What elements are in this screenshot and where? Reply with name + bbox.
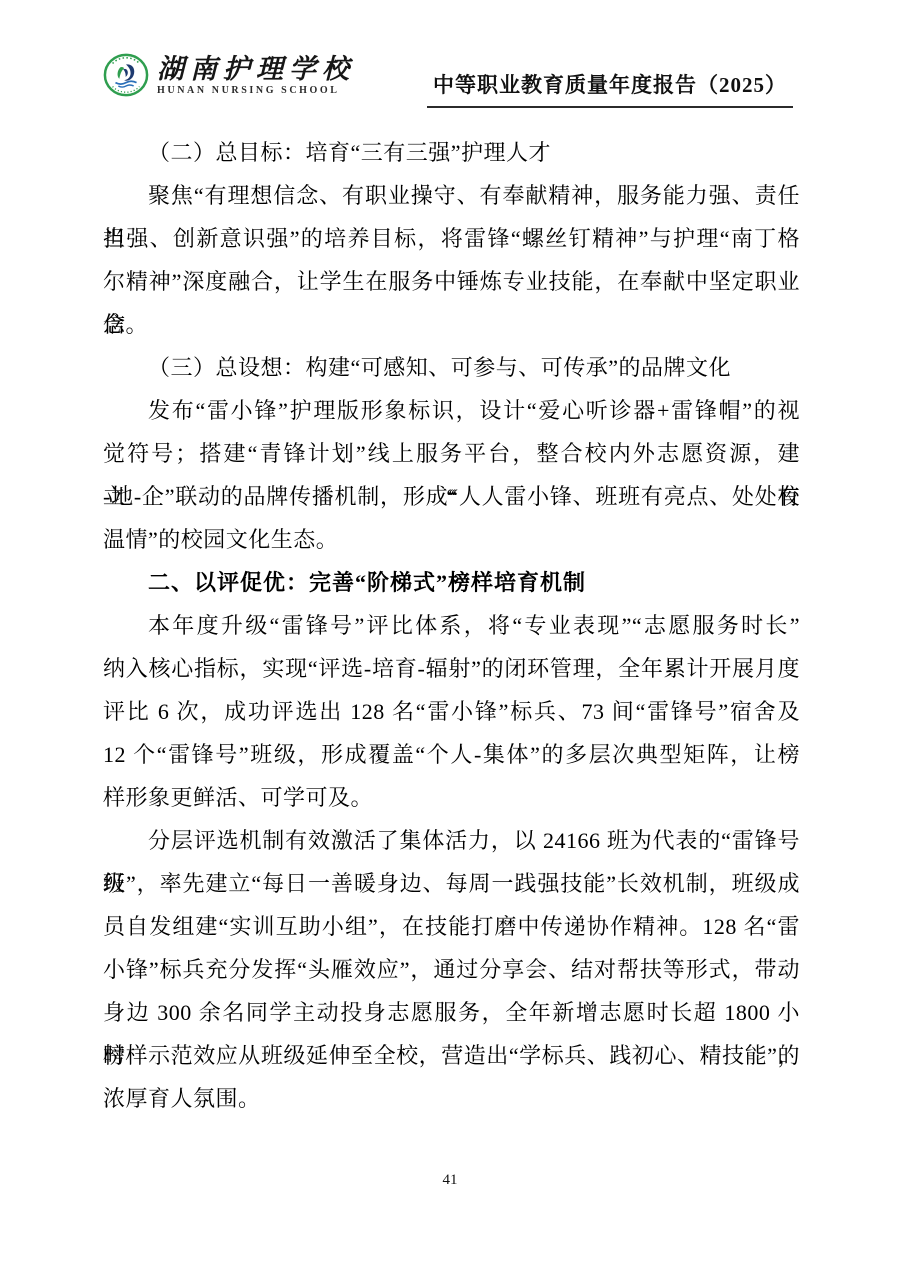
text-line: 温情”的校园文化生态。 bbox=[103, 518, 800, 561]
text-line: 浓厚育人氛围。 bbox=[103, 1077, 800, 1120]
report-title: 中等职业教育质量年度报告（2025） bbox=[427, 69, 793, 108]
text-line: -地-企”联动的品牌传播机制，形成“人人雷小锋、班班有亮点、处处有 bbox=[103, 475, 800, 518]
text-line: 分层评选机制有效激活了集体活力，以 24166 班为代表的“雷锋号班 bbox=[103, 819, 800, 862]
text-line: 样形象更鲜活、可学可及。 bbox=[103, 776, 800, 819]
text-line: （三）总设想：构建“可感知、可参与、可传承”的品牌文化 bbox=[103, 346, 800, 389]
page-header: 湖南护理学校 HUNAN NURSING SCHOOL 中等职业教育质量年度报告… bbox=[103, 50, 793, 108]
text-line: 12 个“雷锋号”班级，形成覆盖“个人-集体”的多层次典型矩阵，让榜 bbox=[103, 733, 800, 776]
text-line: 级”，率先建立“每日一善暖身边、每周一践强技能”长效机制，班级成 bbox=[103, 862, 800, 905]
text-line: 念。 bbox=[103, 303, 800, 346]
document-page: 湖南护理学校 HUNAN NURSING SCHOOL 中等职业教育质量年度报告… bbox=[0, 0, 900, 1272]
text-line: 榜样示范效应从班级延伸至全校，营造出“学标兵、践初心、精技能”的 bbox=[103, 1034, 800, 1077]
text-line: 员自发组建“实训互助小组”，在技能打磨中传递协作精神。128 名“雷 bbox=[103, 905, 800, 948]
text-line: 聚焦“有理想信念、有职业操守、有奉献精神，服务能力强、责任担 bbox=[103, 174, 800, 217]
text-line: 尔精神”深度融合，让学生在服务中锤炼专业技能，在奉献中坚定职业信 bbox=[103, 260, 800, 303]
document-lines: （二）总目标：培育“三有三强”护理人才聚焦“有理想信念、有职业操守、有奉献精神，… bbox=[103, 131, 800, 1120]
text-line: 本年度升级“雷锋号”评比体系，将“专业表现”“志愿服务时长” bbox=[103, 604, 800, 647]
school-name-cn: 湖南护理学校 bbox=[157, 55, 355, 83]
school-name-block: 湖南护理学校 HUNAN NURSING SCHOOL bbox=[157, 55, 355, 96]
text-line: 发布“雷小锋”护理版形象标识，设计“爱心听诊器+雷锋帽”的视 bbox=[103, 389, 800, 432]
text-line: 小锋”标兵充分发挥“头雁效应”，通过分享会、结对帮扶等形式，带动 bbox=[103, 948, 800, 991]
text-line: （二）总目标：培育“三有三强”护理人才 bbox=[103, 131, 800, 174]
section-heading: 二、以评促优：完善“阶梯式”榜样培育机制 bbox=[103, 561, 800, 604]
school-logo-icon bbox=[103, 52, 149, 98]
text-line: 觉符号；搭建“青锋计划”线上服务平台，整合校内外志愿资源，建立“校 bbox=[103, 432, 800, 475]
school-name-en: HUNAN NURSING SCHOOL bbox=[157, 85, 355, 96]
text-line: 纳入核心指标，实现“评选-培育-辐射”的闭环管理，全年累计开展月度 bbox=[103, 647, 800, 690]
text-line: 身边 300 余名同学主动投身志愿服务，全年新增志愿时长超 1800 小时， bbox=[103, 991, 800, 1034]
school-logo: 湖南护理学校 HUNAN NURSING SCHOOL bbox=[103, 52, 355, 98]
text-line: 评比 6 次，成功评选出 128 名“雷小锋”标兵、73 间“雷锋号”宿舍及 bbox=[103, 690, 800, 733]
page-number: 41 bbox=[0, 1172, 900, 1189]
text-line: 当强、创新意识强”的培养目标，将雷锋“螺丝钉精神”与护理“南丁格 bbox=[103, 217, 800, 260]
